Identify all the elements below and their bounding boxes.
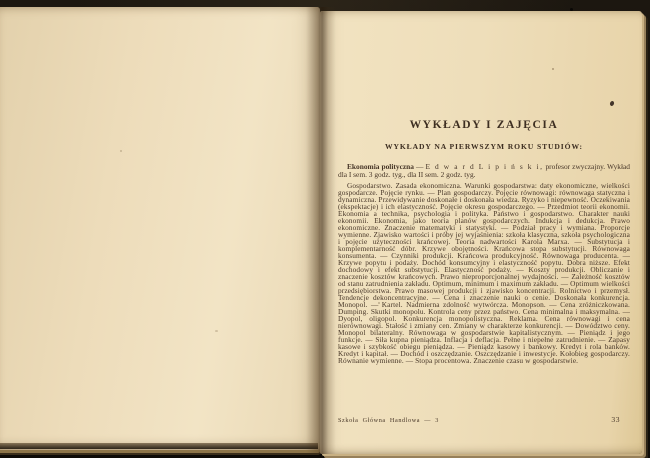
page-subtitle: WYKŁADY NA PIERWSZYM ROKU STUDIÓW: bbox=[338, 142, 630, 151]
printed-text-block: WYKŁADY I ZAJĘCIA WYKŁADY NA PIERWSZYM R… bbox=[338, 119, 630, 364]
book-photo: WYKŁADY I ZAJĘCIA WYKŁADY NA PIERWSZYM R… bbox=[0, 0, 650, 458]
running-footer: Szkoła Główna Handlowa — 3 33 bbox=[338, 415, 630, 424]
book-signature: Szkoła Główna Handlowa — 3 bbox=[338, 417, 439, 424]
page-title: WYKŁADY I ZAJĘCIA bbox=[338, 119, 630, 131]
syllabus-text: Gospodarstwo. Zasada ekonomiczna. Warunk… bbox=[338, 182, 630, 364]
course-entry: Ekonomia polityczna — E d w a r d L i p … bbox=[338, 163, 630, 178]
page-number: 33 bbox=[611, 415, 630, 424]
right-page: WYKŁADY I ZAJĘCIA WYKŁADY NA PIERWSZYM R… bbox=[320, 11, 642, 454]
left-page-blank bbox=[0, 7, 320, 450]
